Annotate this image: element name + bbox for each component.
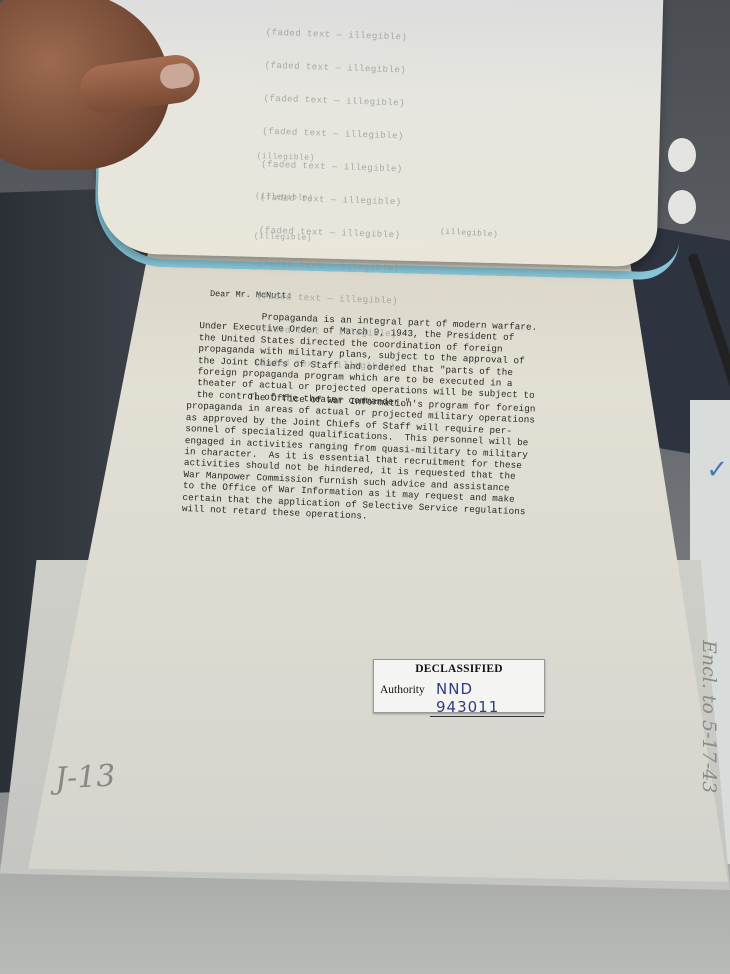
photo-scene: ✓ (PROPOSED LETTER FROM JOINT CHIEFS OF … <box>0 0 730 974</box>
faded-line: (faded text — illegible) <box>254 357 396 373</box>
binder-tab <box>668 138 696 172</box>
authority-label: Authority <box>380 684 425 696</box>
signature-line: (illegible) <box>255 191 314 204</box>
hand <box>0 0 230 190</box>
handwritten-margin-note: Encl. to 5-17-43 <box>698 640 720 793</box>
binder-tab <box>668 190 696 224</box>
faded-line: (faded text — illegible) <box>266 28 408 44</box>
upper-page-signature-block: (illegible) (illegible) (illegible) <box>253 129 316 273</box>
faded-line: (faded text — illegible) <box>263 94 405 110</box>
faded-line: (faded text — illegible) <box>256 291 398 307</box>
faded-line: (faded text — illegible) <box>255 324 397 340</box>
declassified-stamp: DECLASSIFIED Authority NND 943011 <box>373 659 545 713</box>
authority-value: NND 943011 <box>430 680 544 717</box>
paragraph-2: The Office of War Information's program … <box>182 389 536 529</box>
handwritten-left-mark: J-13 <box>54 758 116 796</box>
declassified-title: DECLASSIFIED <box>374 663 544 675</box>
signature-line: (illegible) <box>256 151 315 164</box>
signature-line: (illegible) <box>254 231 313 244</box>
faded-line: (faded text — illegible) <box>264 61 406 77</box>
margin-note-container: Encl. to 5-17-43 <box>682 640 722 880</box>
